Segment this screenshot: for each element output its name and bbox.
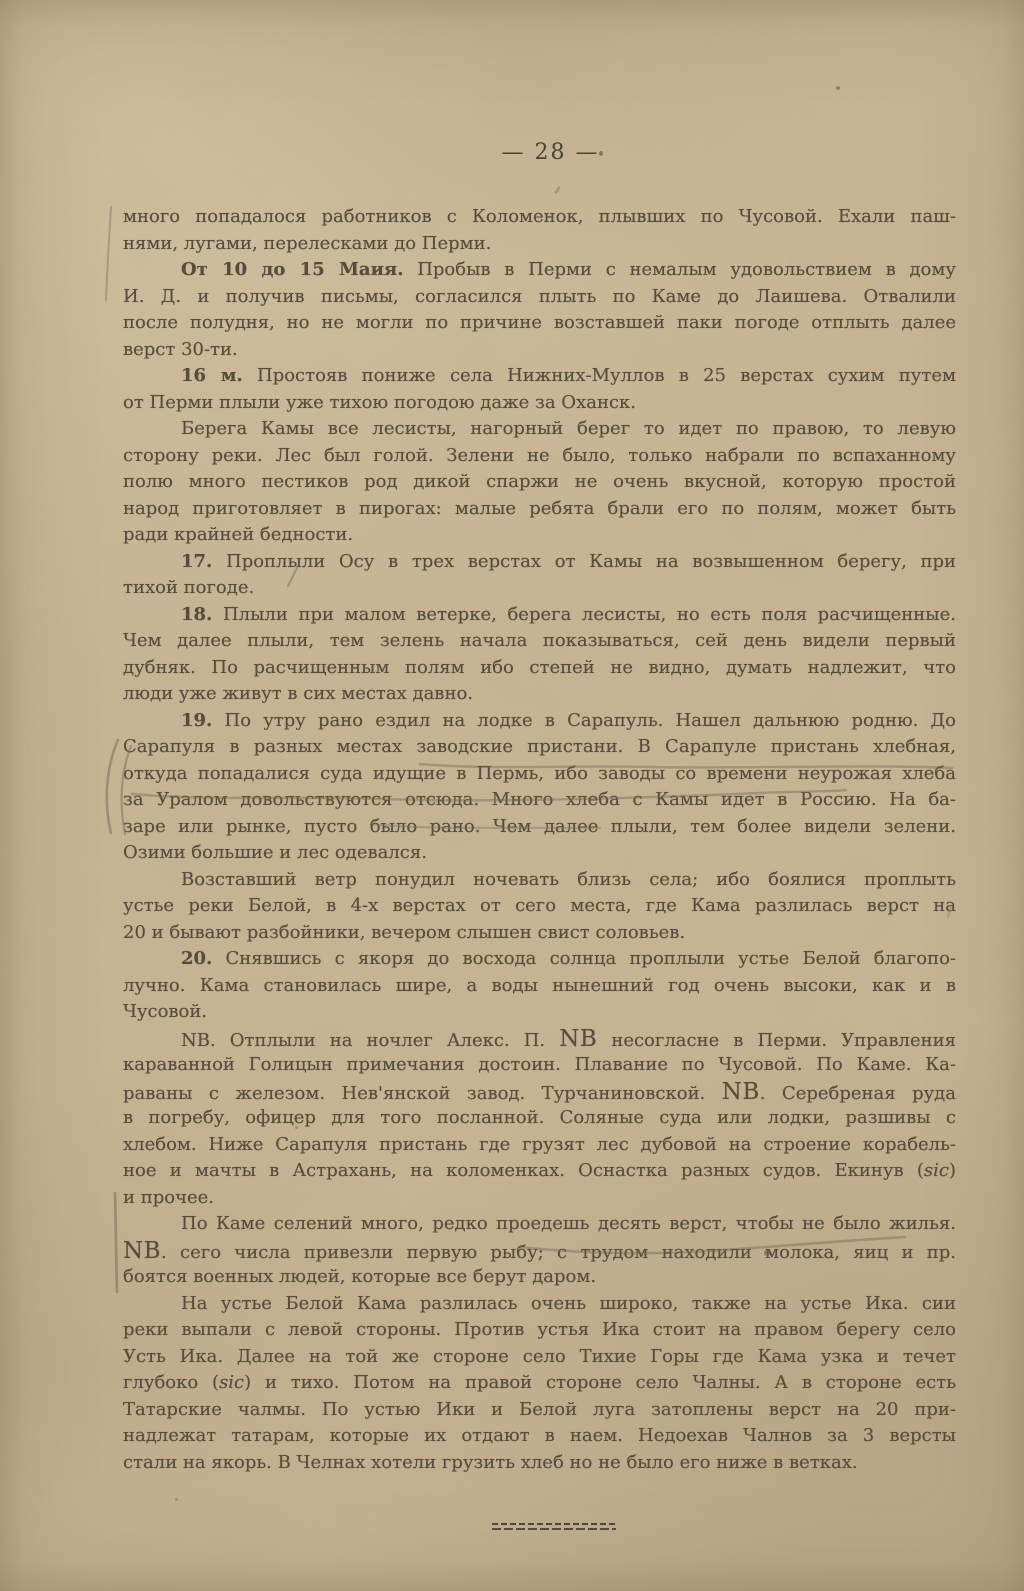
text-segment: откуда попадалися суда идущие в Пермь, и…	[123, 763, 956, 784]
text-line: Сарапуля в разных местах заводские прист…	[123, 734, 956, 761]
text-line: и прочее.	[123, 1185, 956, 1212]
text-line: 18. Плыли при малом ветерке, берега леси…	[123, 602, 956, 629]
text-segment: Чусовой.	[123, 1001, 207, 1022]
text-line: караванной Голицын примечания достоин. П…	[123, 1052, 956, 1079]
text-segment: По Каме селений много, редко проедешь де…	[181, 1213, 956, 1234]
text-line: после полудня, но не могли по причине во…	[123, 310, 956, 337]
text-segment: Проплыли Осу в трех верстах от Камы на в…	[212, 551, 956, 572]
text-segment: На устье Белой Кама разлилась очень широ…	[181, 1293, 956, 1314]
text-line: глубоко (sic) и тихо. Потом на правой ст…	[123, 1370, 956, 1397]
text-line: 20. Снявшись с якоря до восхода солнца п…	[123, 946, 956, 973]
text-line: в погребу, офицер для того посланной. Со…	[123, 1105, 956, 1132]
text-segment: Плыли при малом ветерке, берега лесисты,…	[212, 604, 956, 625]
text-segment: )	[949, 1160, 956, 1181]
text-segment: сторону реки. Лес был голой. Зелени не б…	[123, 445, 956, 466]
text-line: ное и мачты в Астрахань, на коломенках. …	[123, 1158, 956, 1185]
text-segment: после полудня, но не могли по причине во…	[123, 312, 956, 333]
text-segment: Чем далее плыли, тем зелень начала показ…	[123, 630, 956, 651]
paragraph: По Каме селений много, редко проедешь де…	[123, 1211, 956, 1291]
text-line: люди уже живут в сих местах давно.	[123, 681, 956, 708]
page-number: — 28 —	[123, 140, 956, 165]
paragraph: много попадалося работников с Коломенок,…	[123, 204, 956, 257]
paragraph: 18. Плыли при малом ветерке, берега леси…	[123, 602, 956, 708]
text-segment: лучно. Кама становилась шире, а воды нын…	[123, 975, 956, 996]
text-segment: 19.	[181, 710, 212, 731]
text-segment: Озими большие и лес одевался.	[123, 842, 427, 863]
paragraph: От 10 до 15 Маия. Пробыв в Перми с немал…	[123, 257, 956, 363]
text-line: Усть Ика. Далее на той же стороне село Т…	[123, 1344, 956, 1371]
text-segment: заре или рынке, пусто было рано. Чем дал…	[123, 816, 956, 837]
paragraph: Берега Камы все лесисты, нагорный берег …	[123, 416, 956, 549]
text-line: стали на якорь. В Челнах хотели грузить …	[123, 1450, 956, 1477]
text-segment: нями, лугами, перелесками до Перми.	[123, 233, 491, 254]
text-line: Чем далее плыли, тем зелень начала показ…	[123, 628, 956, 655]
text-segment: устье реки Белой, в 4-х верстах от сего …	[123, 895, 956, 916]
paper-speck	[175, 1498, 178, 1501]
text-line: NB. Отплыли на ночлег Алекс. П. NB несог…	[123, 1026, 956, 1053]
paragraph: Возставший ветр понудил ночевать близь с…	[123, 867, 956, 947]
text-line: NB. сего числа привезли первую рыбу; с т…	[123, 1238, 956, 1265]
text-segment: Простояв пониже села Нижних-Муллов в 25 …	[243, 365, 956, 386]
text-line: за Уралом довольствуются отсюда. Много х…	[123, 787, 956, 814]
text-segment: люди уже живут в сих местах давно.	[123, 683, 473, 704]
text-segment: Пробыв в Перми с немалым удовольствием в…	[403, 259, 956, 280]
text-line: 16 м. Простояв пониже села Нижних-Муллов…	[123, 363, 956, 390]
text-segment: И. Д. и получив письмы, согласился плыть…	[123, 286, 956, 307]
text-segment: 17.	[181, 551, 212, 572]
pencil-margin-bracket	[107, 740, 118, 833]
text-line: реки выпали с левой стороны. Против усть…	[123, 1317, 956, 1344]
text-segment: . Серебреная руда	[760, 1083, 956, 1104]
text-line: тихой погоде.	[123, 575, 956, 602]
text-segment: ради крайней бедности.	[123, 524, 353, 545]
text-line: Возставший ветр понудил ночевать близь с…	[123, 867, 956, 894]
text-segment: караванной Голицын примечания достоин. П…	[123, 1054, 956, 1075]
text-segment: Берега Камы все лесисты, нагорный берег …	[181, 418, 956, 439]
text-line: устье реки Белой, в 4-х верстах от сего …	[123, 893, 956, 920]
text-line: лучно. Кама становилась шире, а воды нын…	[123, 973, 956, 1000]
text-line: дубняк. По расчищенным полям ибо степей …	[123, 655, 956, 682]
text-segment: sic	[924, 1160, 949, 1181]
text-segment: Возставший ветр понудил ночевать близь с…	[181, 869, 956, 890]
text-line: боятся военных людей, которые все берут …	[123, 1264, 956, 1291]
text-segment: хлебом. Ниже Сарапуля пристань где грузя…	[123, 1134, 956, 1155]
text-line: ради крайней бедности.	[123, 522, 956, 549]
text-line: откуда попадалися суда идущие в Пермь, и…	[123, 761, 956, 788]
pencil-margin-line-top	[106, 207, 111, 300]
text-line: 17. Проплыли Осу в трех верстах от Камы …	[123, 549, 956, 576]
text-line: народ приготовляет в пирогах: малые ребя…	[123, 496, 956, 523]
text-segment: в погребу, офицер для того посланной. Со…	[123, 1107, 956, 1128]
text-line: От 10 до 15 Маия. Пробыв в Перми с немал…	[123, 257, 956, 284]
text-segment: ное и мачты в Астрахань, на коломенках. …	[123, 1160, 924, 1181]
text-segment: стали на якорь. В Челнах хотели грузить …	[123, 1452, 858, 1473]
paragraph: На устье Белой Кама разлилась очень широ…	[123, 1291, 956, 1477]
text-segment: полю много пестиков род дикой спаржи не …	[123, 471, 956, 492]
text-line: И. Д. и получив письмы, согласился плыть…	[123, 284, 956, 311]
text-segment: Снявшись с якоря до восхода солнца пропл…	[212, 948, 956, 969]
text-segment: надлежат татарам, которые их отдают в на…	[123, 1425, 956, 1446]
text-line: Татарские чалмы. По устью Ики и Белой лу…	[123, 1397, 956, 1424]
text-line: раваны с железом. Нев'янской завод. Турч…	[123, 1079, 956, 1106]
text-segment: от Перми плыли уже тихою погодою даже за…	[123, 392, 636, 413]
footer-divider	[492, 1523, 616, 1533]
paragraph: NB. Отплыли на ночлег Алекс. П. NB несог…	[123, 1026, 956, 1212]
text-segment: От 10 до 15 Маия.	[181, 259, 403, 280]
text-segment: боятся военных людей, которые все берут …	[123, 1266, 596, 1287]
text-line: сторону реки. Лес был голой. Зелени не б…	[123, 443, 956, 470]
text-segment: ) и тихо. Потом на правой стороне село Ч…	[244, 1372, 956, 1393]
text-segment: за Уралом довольствуются отсюда. Много х…	[123, 789, 956, 810]
text-line: хлебом. Ниже Сарапуля пристань где грузя…	[123, 1132, 956, 1159]
text-segment: sic	[219, 1372, 244, 1393]
divider-line	[492, 1528, 616, 1530]
text-segment: Татарские чалмы. По устью Ики и Белой лу…	[123, 1399, 956, 1420]
text-line: надлежат татарам, которые их отдают в на…	[123, 1423, 956, 1450]
text-segment: Сарапуля в разных местах заводские прист…	[123, 736, 956, 757]
nota-bene-mark: NB	[722, 1079, 760, 1105]
text-segment: несогласне в Перми. Управления	[597, 1030, 956, 1051]
text-line: Берега Камы все лесисты, нагорный берег …	[123, 416, 956, 443]
text-segment: много попадалося работников с Коломенок,…	[123, 206, 956, 227]
text-segment: Усть Ика. Далее на той же стороне село Т…	[123, 1346, 956, 1367]
text-segment: глубоко (	[123, 1372, 219, 1393]
text-line: полю много пестиков род дикой спаржи не …	[123, 469, 956, 496]
text-line: от Перми плыли уже тихою погодою даже за…	[123, 390, 956, 417]
text-segment: реки выпали с левой стороны. Против усть…	[123, 1319, 956, 1340]
paper-speck	[554, 186, 561, 194]
paper-speck	[836, 86, 840, 90]
text-line: верст 30-ти.	[123, 337, 956, 364]
text-segment: народ приготовляет в пирогах: малые ребя…	[123, 498, 956, 519]
text-segment: 20 и бывают разбойники, вечером слышен с…	[123, 922, 685, 943]
nota-bene-mark: NB	[123, 1238, 161, 1264]
text-line: нями, лугами, перелесками до Перми.	[123, 231, 956, 258]
text-line: 20 и бывают разбойники, вечером слышен с…	[123, 920, 956, 947]
paragraph: 17. Проплыли Осу в трех верстах от Камы …	[123, 549, 956, 602]
text-segment: По утру рано ездил на лодке в Сарапуль. …	[212, 710, 956, 731]
text-line: По Каме селений много, редко проедешь де…	[123, 1211, 956, 1238]
text-line: много попадалося работников с Коломенок,…	[123, 204, 956, 231]
text-segment: 18.	[181, 604, 212, 625]
text-segment: . сего числа привезли первую рыбу; с тру…	[161, 1242, 956, 1263]
paragraph: 20. Снявшись с якоря до восхода солнца п…	[123, 946, 956, 1026]
paragraph: 19. По утру рано ездил на лодке в Сарапу…	[123, 708, 956, 867]
book-page: — 28 — много попадалося работников с Кол…	[0, 0, 1024, 1591]
text-line: На устье Белой Кама разлилась очень широ…	[123, 1291, 956, 1318]
text-segment: 16 м.	[181, 365, 243, 386]
text-block: много попадалося работников с Коломенок,…	[123, 204, 956, 1476]
text-segment: тихой погоде.	[123, 577, 254, 598]
text-line: 19. По утру рано ездил на лодке в Сарапу…	[123, 708, 956, 735]
text-line: заре или рынке, пусто было рано. Чем дал…	[123, 814, 956, 841]
text-segment: и прочее.	[123, 1187, 214, 1208]
text-segment: NB. Отплыли на ночлег Алекс. П.	[181, 1030, 559, 1051]
nota-bene-mark: NB	[559, 1026, 597, 1052]
text-segment: раваны с железом. Нев'янской завод. Турч…	[123, 1083, 722, 1104]
text-line: Озими большие и лес одевался.	[123, 840, 956, 867]
text-line: Чусовой.	[123, 999, 956, 1026]
text-segment: дубняк. По расчищенным полям ибо степей …	[123, 657, 956, 678]
divider-line	[492, 1523, 616, 1525]
pencil-margin-line-nb	[115, 1193, 117, 1292]
text-segment: верст 30-ти.	[123, 339, 238, 360]
text-segment: 20.	[181, 948, 212, 969]
paragraph: 16 м. Простояв пониже села Нижних-Муллов…	[123, 363, 956, 416]
